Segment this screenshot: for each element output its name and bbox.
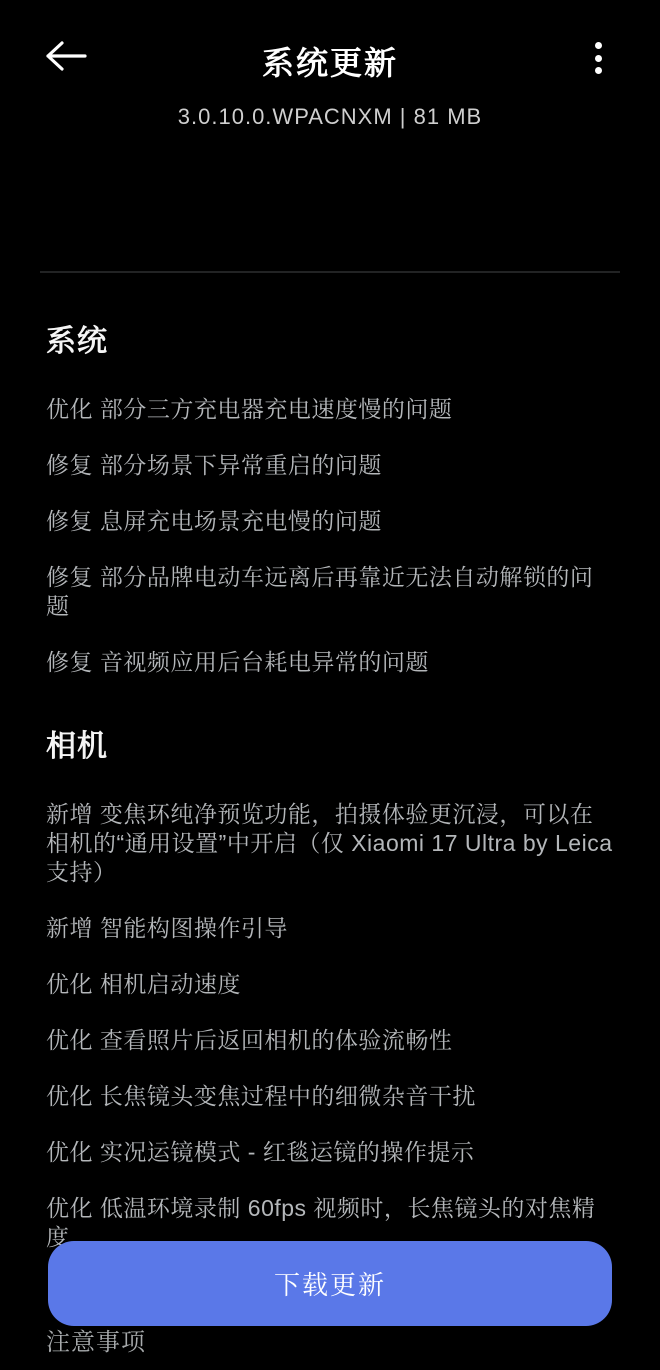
changelog-item: 优化 长焦镜头变焦过程中的细微杂音干扰 bbox=[46, 1082, 616, 1111]
changelog: 系统 优化 部分三方充电器充电速度慢的问题 修复 部分场景下异常重启的问题 修复… bbox=[46, 272, 616, 1252]
page-title: 系统更新 bbox=[0, 38, 660, 84]
app-header: 系统更新 bbox=[0, 0, 660, 80]
changelog-item: 修复 音视频应用后台耗电异常的问题 bbox=[46, 648, 616, 677]
more-menu-button[interactable] bbox=[588, 40, 608, 76]
changelog-item: 新增 变焦环纯净预览功能，拍摄体验更沉浸，可以在相机的“通用设置”中开启（仅 X… bbox=[46, 800, 616, 887]
changelog-item: 新增 智能构图操作引导 bbox=[46, 914, 616, 943]
more-vertical-icon bbox=[595, 42, 602, 49]
changelog-item: 优化 部分三方充电器充电速度慢的问题 bbox=[46, 395, 616, 424]
changelog-item: 优化 相机启动速度 bbox=[46, 970, 616, 999]
changelog-item: 优化 查看照片后返回相机的体验流畅性 bbox=[46, 1026, 616, 1055]
download-update-button[interactable]: 下载更新 bbox=[48, 1241, 612, 1326]
changelog-item: 修复 部分场景下异常重启的问题 bbox=[46, 451, 616, 480]
section-title-camera: 相机 bbox=[46, 727, 616, 767]
section-title-system: 系统 bbox=[46, 322, 616, 362]
changelog-item: 优化 实况运镜模式 - 红毯运镜的操作提示 bbox=[46, 1138, 616, 1167]
changelog-item: 修复 息屏充电场景充电慢的问题 bbox=[46, 507, 616, 536]
version-info: 3.0.10.0.WPACNXM | 81 MB bbox=[0, 104, 660, 130]
system-update-screen: 系统更新 3.0.10.0.WPACNXM | 81 MB 系统 优化 部分三方… bbox=[0, 0, 660, 1370]
changelog-item: 修复 部分品牌电动车远离后再靠近无法自动解锁的问题 bbox=[46, 563, 616, 621]
section-title-notes: 注意事项 bbox=[46, 1322, 146, 1357]
